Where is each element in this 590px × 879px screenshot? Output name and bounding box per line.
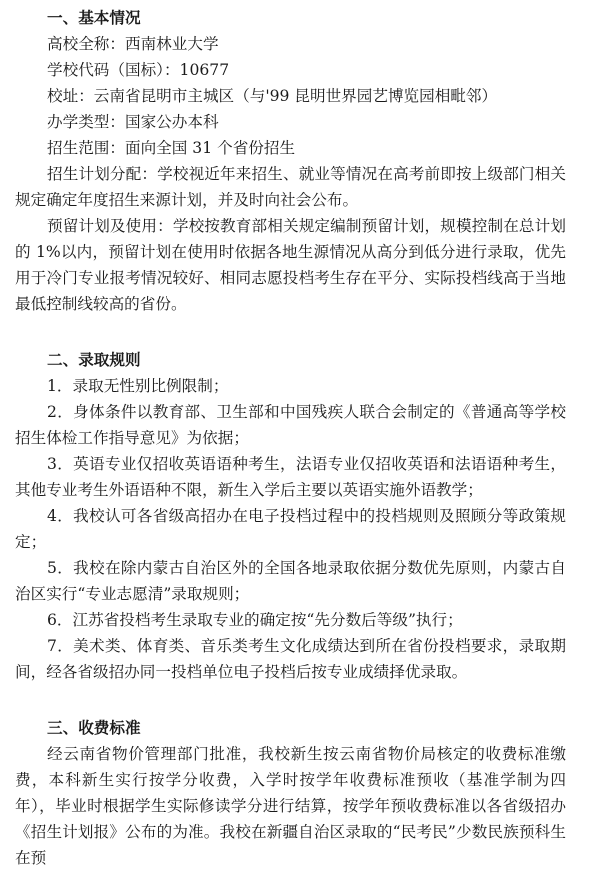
document-page: 一、基本情况 高校全称：西南林业大学 学校代码（国标）：10677 校址：云南省… — [15, 5, 566, 871]
rule-item: 6．江苏省投档考生录取专业的确定按“先分数后等级”执行； — [15, 607, 566, 633]
rule-item: 3．英语专业仅招收英语语种考生，法语专业仅招收英语和法语语种考生，其他专业考生外… — [15, 451, 566, 503]
field-school-code: 学校代码（国标）：10677 — [15, 57, 566, 83]
paragraph-plan-allocation: 招生计划分配：学校视近年来招生、就业等情况在高考前即按上级部门相关规定确定年度招… — [15, 161, 566, 213]
rule-item: 5．我校在除内蒙古自治区外的全国各地录取依据分数优先原则，内蒙古自治区实行“专业… — [15, 555, 566, 607]
field-school-name: 高校全称：西南林业大学 — [15, 31, 566, 57]
section-heading: 三、收费标准 — [15, 715, 566, 741]
paragraph-reserved-plan: 预留计划及使用：学校按教育部相关规定编制预留计划，规模控制在总计划的 1%以内，… — [15, 213, 566, 317]
section-basic-info: 一、基本情况 高校全称：西南林业大学 学校代码（国标）：10677 校址：云南省… — [15, 5, 566, 317]
rule-item: 2．身体条件以教育部、卫生部和中国残疾人联合会制定的《普通高等学校招生体检工作指… — [15, 399, 566, 451]
section-heading: 二、录取规则 — [15, 347, 566, 373]
rule-item: 7．美术类、体育类、音乐类考生文化成绩达到所在省份投档要求，录取期间，经各省级招… — [15, 633, 566, 685]
section-admission-rules: 二、录取规则 1．录取无性别比例限制； 2．身体条件以教育部、卫生部和中国残疾人… — [15, 347, 566, 685]
section-fee-standard: 三、收费标准 经云南省物价管理部门批准，我校新生按云南省物价局核定的收费标准缴费… — [15, 715, 566, 871]
field-school-type: 办学类型：国家公办本科 — [15, 109, 566, 135]
section-heading: 一、基本情况 — [15, 5, 566, 31]
field-enrollment-scope: 招生范围：面向全国 31 个省份招生 — [15, 135, 566, 161]
rule-item: 4．我校认可各省级高招办在电子投档过程中的投档规则及照顾分等政策规定； — [15, 503, 566, 555]
section-spacer — [15, 317, 566, 347]
field-address: 校址：云南省昆明市主城区（与'99 昆明世界园艺博览园相毗邻） — [15, 83, 566, 109]
paragraph-fee-standard: 经云南省物价管理部门批准，我校新生按云南省物价局核定的收费标准缴费，本科新生实行… — [15, 741, 566, 871]
section-spacer — [15, 685, 566, 715]
rule-item: 1．录取无性别比例限制； — [15, 373, 566, 399]
